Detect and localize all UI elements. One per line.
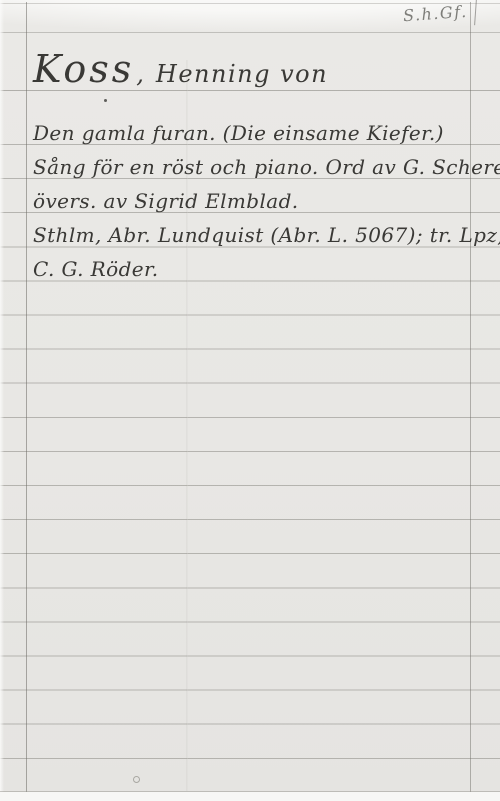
catalog-card-scan: S.h.Gf. Koss,Henning von Den gamla furan… xyxy=(0,0,500,801)
heading-author: Koss,Henning von xyxy=(33,50,328,88)
card-left-edge xyxy=(0,0,4,801)
corner-classification-mark: S.h.Gf. xyxy=(403,2,469,25)
entry-line-translator: övers. av Sigrid Elmblad. xyxy=(33,191,299,211)
entry-line-printer: C. G. Röder. xyxy=(33,259,159,279)
ink-dot xyxy=(104,99,107,102)
top-ruled-line xyxy=(0,32,500,33)
entry-line-publisher: Sthlm, Abr. Lundquist (Abr. L. 5067); tr… xyxy=(33,225,500,245)
paper-speck xyxy=(133,776,140,783)
entry-line-title: Den gamla furan. (Die einsame Kiefer.) xyxy=(33,123,444,143)
right-margin-line xyxy=(470,2,471,793)
heading-comma: , xyxy=(136,60,144,88)
author-forename: Henning von xyxy=(156,60,328,88)
author-surname: Koss xyxy=(33,47,134,91)
scanner-background xyxy=(0,792,500,801)
left-margin-line xyxy=(26,2,27,793)
entry-line-description: Sång för en röst och piano. Ord av G. Sc… xyxy=(33,157,500,177)
